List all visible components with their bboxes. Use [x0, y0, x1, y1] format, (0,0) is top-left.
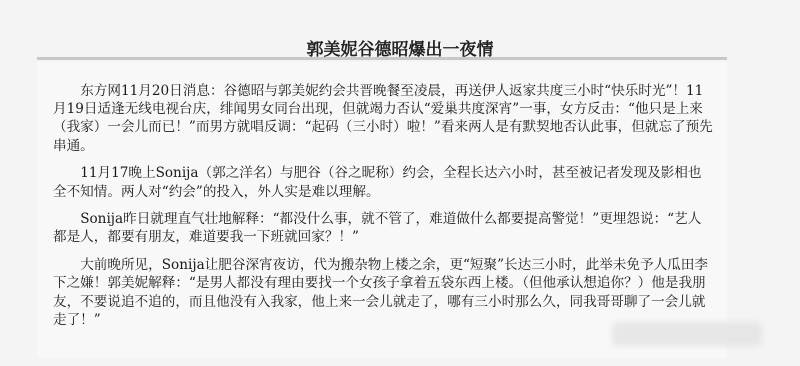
title-divider: [37, 57, 727, 60]
article-paragraph-4: 大前晚所见，Sonija让肥谷深宵夜访，代为搬杂物上楼之余，更“短聚”长达三小时…: [53, 256, 713, 329]
article-paragraph-2: 11月17晚上Sonija（郭之洋名）与肥谷（谷之昵称）约会，全程长达六小时，甚…: [53, 164, 713, 200]
article-paragraph-3: Sonija昨日就理直气壮地解释：“都没什么事，就不管了，难道做什么都要提高警觉…: [53, 210, 713, 246]
article-body: 东方网11月20日消息：谷德昭与郭美妮约会共晋晚餐至凌晨，再送伊人返家共度三小时…: [53, 82, 713, 338]
article-paragraph-1: 东方网11月20日消息：谷德昭与郭美妮约会共晋晚餐至凌晨，再送伊人返家共度三小时…: [53, 82, 713, 155]
blurred-watermark: [612, 322, 762, 346]
